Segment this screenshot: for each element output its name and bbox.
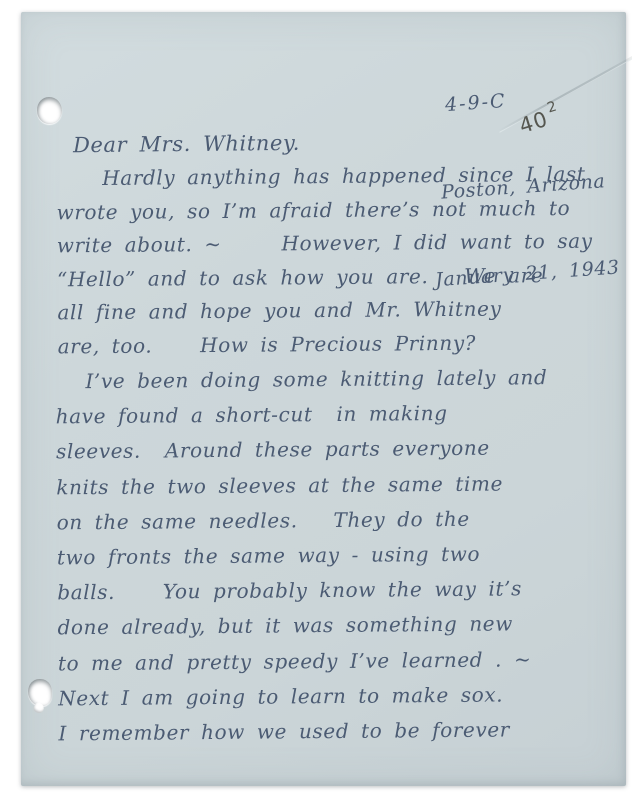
letter-line: to me and pretty speedy I’ve learned . ~ [58, 646, 607, 686]
letter-line: write about. ~ However, I did want to sa… [57, 229, 606, 267]
block-address: 4-9-C [422, 80, 608, 122]
scan-background: 4-9-C Poston, Arizona January 21, 1943 4… [0, 0, 632, 800]
letter-line: are, too. How is Precious Prinny? [58, 329, 607, 367]
letter-line: I’ve been doing some knitting lately and [55, 365, 604, 405]
letter-line: I remember how we used to be forever [58, 716, 607, 756]
paragraph-2: I’ve been doing some knitting lately and… [55, 365, 607, 757]
punch-hole-top [37, 97, 62, 124]
punch-hole-bottom [28, 679, 52, 706]
letter-line: balls. You probably know the way it’s [57, 576, 606, 616]
letter-line: Next I am going to learn to make sox. [58, 681, 607, 721]
letter-line: “Hello” and to ask how you are. We are [57, 262, 606, 300]
letter-line: Hardly anything has happened since I las… [56, 162, 605, 200]
letter-line: have found a short-cut in making [56, 400, 605, 440]
letter-line: all fine and hope you and Mr. Whitney [57, 296, 606, 334]
letter-line: sleeves. Around these parts everyone [56, 435, 605, 475]
paragraph-1: Hardly anything has happened since I las… [56, 162, 607, 368]
letter-line: wrote you, so I’m afraid there’s not muc… [56, 195, 605, 233]
letter-paper: 4-9-C Poston, Arizona January 21, 1943 4… [21, 12, 626, 786]
salutation: Dear Mrs. Whitney. [73, 131, 300, 157]
letter-line: two fronts the same way - using two [57, 541, 606, 581]
letter-line: on the same needles. They do the [57, 505, 606, 545]
letter-line: done already, but it was something new [57, 611, 606, 651]
letter-line: knits the two sleeves at the same time [56, 470, 605, 510]
